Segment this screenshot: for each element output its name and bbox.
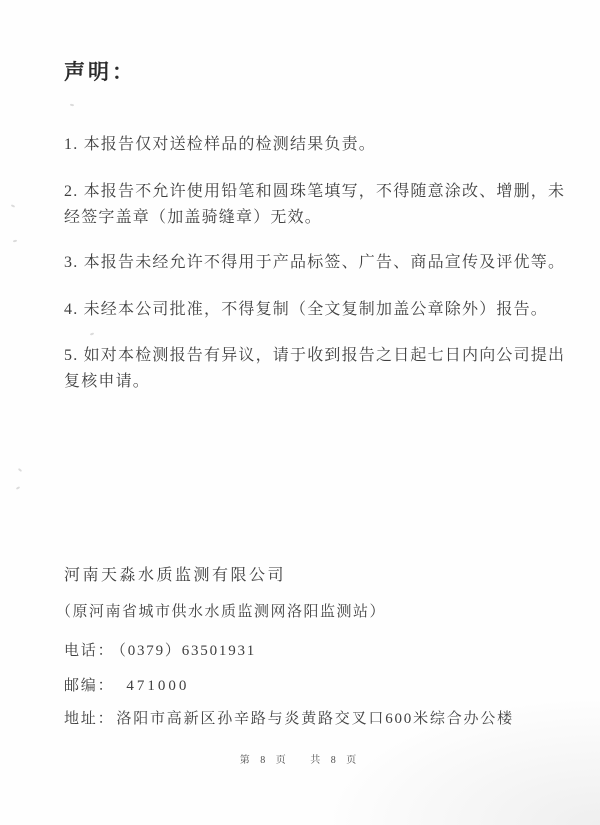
document-page: 声明： 1. 本报告仅对送检样品的检测结果负责。 2. 本报告不允许使用铅笔和圆…	[0, 0, 600, 825]
statement-item-2: 2. 本报告不允许使用铅笔和圆珠笔填写，不得随意涂改、增删，未经签字盖章（加盖骑…	[64, 179, 580, 231]
statement-item-4: 4. 未经本公司批准，不得复制（全文复制加盖公章除外）报告。	[64, 297, 580, 323]
contact-row-address: 地址：洛阳市高新区孙辛路与炎黄路交叉口600米综合办公楼	[64, 707, 514, 728]
address-label: 地址：	[64, 711, 114, 727]
scan-speck	[90, 332, 94, 335]
contact-row-phone: 电话：（0379）63501931	[64, 639, 256, 660]
contact-row-postal: 邮编：471000	[64, 674, 189, 695]
company-name: 河南天淼水质监测有限公司	[64, 562, 286, 585]
page-current-indicator: 第 8 页	[240, 751, 290, 766]
page-number-footer: 第 8 页 共 8 页	[0, 751, 600, 766]
company-former-name: （原河南省城市供水水质监测网洛阳监测站）	[56, 600, 386, 621]
phone-label: 电话：	[64, 643, 114, 659]
scan-speck	[70, 104, 74, 107]
postal-code-label: 邮编：	[64, 678, 114, 694]
scan-speck	[11, 204, 15, 208]
scan-speck	[18, 468, 22, 472]
page-total-indicator: 共 8 页	[310, 751, 360, 766]
statement-item-5: 5. 如对本检测报告有异议，请于收到报告之日起七日内向公司提出复核申请。	[64, 343, 580, 395]
statement-item-1: 1. 本报告仅对送检样品的检测结果负责。	[64, 132, 580, 158]
postal-code-value: 471000	[126, 678, 189, 694]
scan-speck	[16, 486, 20, 490]
scan-speck	[13, 240, 17, 243]
phone-value: （0379）63501931	[118, 643, 256, 659]
statement-item-3: 3. 本报告未经允许不得用于产品标签、广告、商品宣传及评优等。	[64, 250, 580, 276]
address-value: 洛阳市高新区孙辛路与炎黄路交叉口600米综合办公楼	[116, 711, 514, 727]
declaration-title: 声明：	[64, 56, 136, 86]
